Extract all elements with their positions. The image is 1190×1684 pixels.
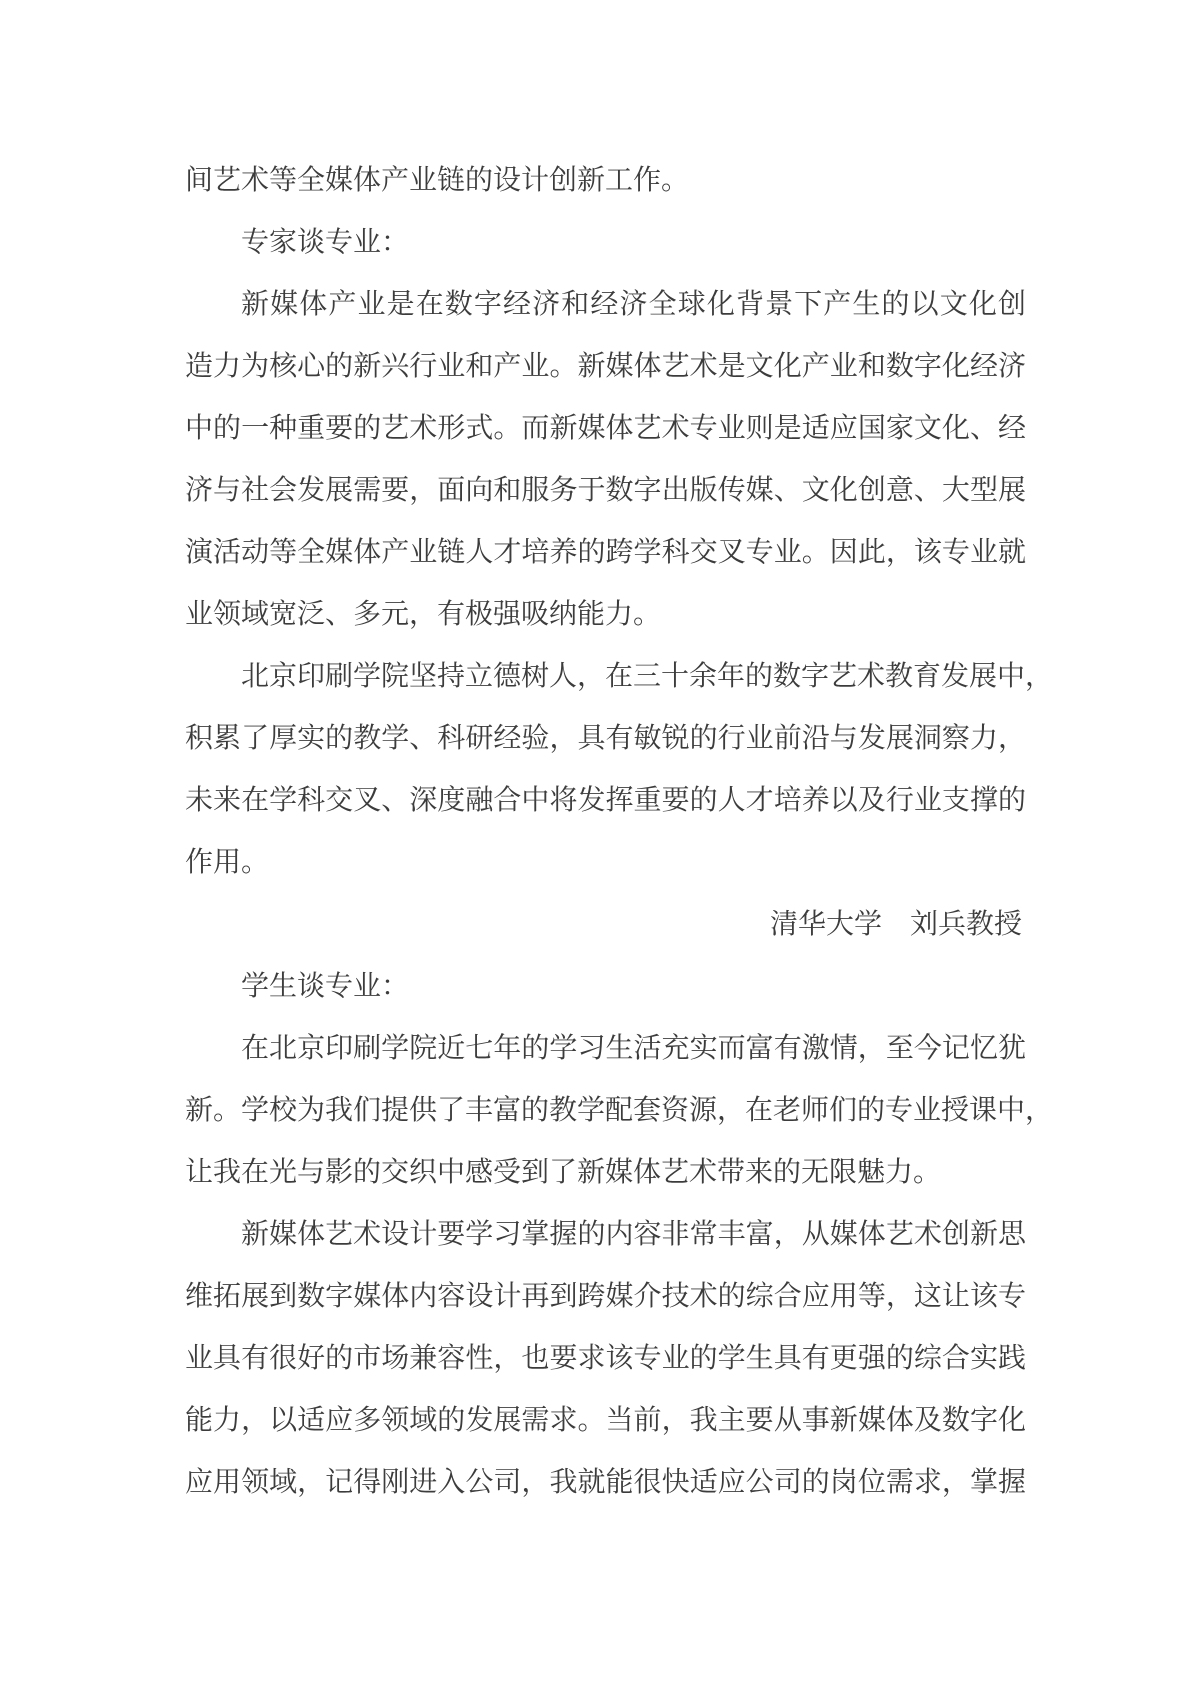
text-line: 中的一种重要的艺术形式。而新媒体艺术专业则是适应国家文化、经	[185, 398, 1026, 460]
text-line: 北京印刷学院坚持立德树人，在三十余年的数字艺术教育发展中，	[185, 646, 1026, 708]
text-line: 新。学校为我们提供了丰富的教学配套资源，在老师们的专业授课中，	[185, 1080, 1026, 1142]
text-line: 业具有很好的市场兼容性，也要求该专业的学生具有更强的综合实践	[185, 1328, 1026, 1390]
text-line: 作用。	[185, 832, 1026, 894]
text-line: 学生谈专业：	[185, 956, 1026, 1018]
text-line: 新媒体产业是在数字经济和经济全球化背景下产生的以文化创	[185, 274, 1026, 336]
paragraph-section-heading: 专家谈专业：	[185, 212, 1026, 274]
text-line: 清华大学 刘兵教授	[185, 894, 1026, 956]
paragraph-body-continuation: 间艺术等全媒体产业链的设计创新工作。	[185, 150, 1026, 212]
text-line: 未来在学科交叉、深度融合中将发挥重要的人才培养以及行业支撑的	[185, 770, 1026, 832]
text-line: 业领域宽泛、多元，有极强吸纳能力。	[185, 584, 1026, 646]
text-line: 积累了厚实的教学、科研经验，具有敏锐的行业前沿与发展洞察力，	[185, 708, 1026, 770]
text-line: 能力，以适应多领域的发展需求。当前，我主要从事新媒体及数字化	[185, 1390, 1026, 1452]
text-line: 济与社会发展需要，面向和服务于数字出版传媒、文化创意、大型展	[185, 460, 1026, 522]
paragraph-body: 新媒体艺术设计要学习掌握的内容非常丰富，从媒体艺术创新思维拓展到数字媒体内容设计…	[185, 1204, 1026, 1514]
text-line: 应用领域，记得刚进入公司，我就能很快适应公司的岗位需求，掌握	[185, 1452, 1026, 1514]
paragraph-attribution: 清华大学 刘兵教授	[185, 894, 1026, 956]
paragraph-section-heading: 学生谈专业：	[185, 956, 1026, 1018]
text-line: 让我在光与影的交织中感受到了新媒体艺术带来的无限魅力。	[185, 1142, 1026, 1204]
paragraph-body: 北京印刷学院坚持立德树人，在三十余年的数字艺术教育发展中，积累了厚实的教学、科研…	[185, 646, 1026, 894]
text-line: 在北京印刷学院近七年的学习生活充实而富有激情，至今记忆犹	[185, 1018, 1026, 1080]
text-line: 专家谈专业：	[185, 212, 1026, 274]
text-line: 维拓展到数字媒体内容设计再到跨媒介技术的综合应用等，这让该专	[185, 1266, 1026, 1328]
text-line: 间艺术等全媒体产业链的设计创新工作。	[185, 150, 1026, 212]
paragraph-body: 在北京印刷学院近七年的学习生活充实而富有激情，至今记忆犹新。学校为我们提供了丰富…	[185, 1018, 1026, 1204]
document-page: 间艺术等全媒体产业链的设计创新工作。专家谈专业：新媒体产业是在数字经济和经济全球…	[0, 0, 1190, 1684]
paragraph-body: 新媒体产业是在数字经济和经济全球化背景下产生的以文化创造力为核心的新兴行业和产业…	[185, 274, 1026, 646]
text-line: 新媒体艺术设计要学习掌握的内容非常丰富，从媒体艺术创新思	[185, 1204, 1026, 1266]
text-line: 演活动等全媒体产业链人才培养的跨学科交叉专业。因此，该专业就	[185, 522, 1026, 584]
text-line: 造力为核心的新兴行业和产业。新媒体艺术是文化产业和数字化经济	[185, 336, 1026, 398]
document-content: 间艺术等全媒体产业链的设计创新工作。专家谈专业：新媒体产业是在数字经济和经济全球…	[185, 150, 1026, 1514]
